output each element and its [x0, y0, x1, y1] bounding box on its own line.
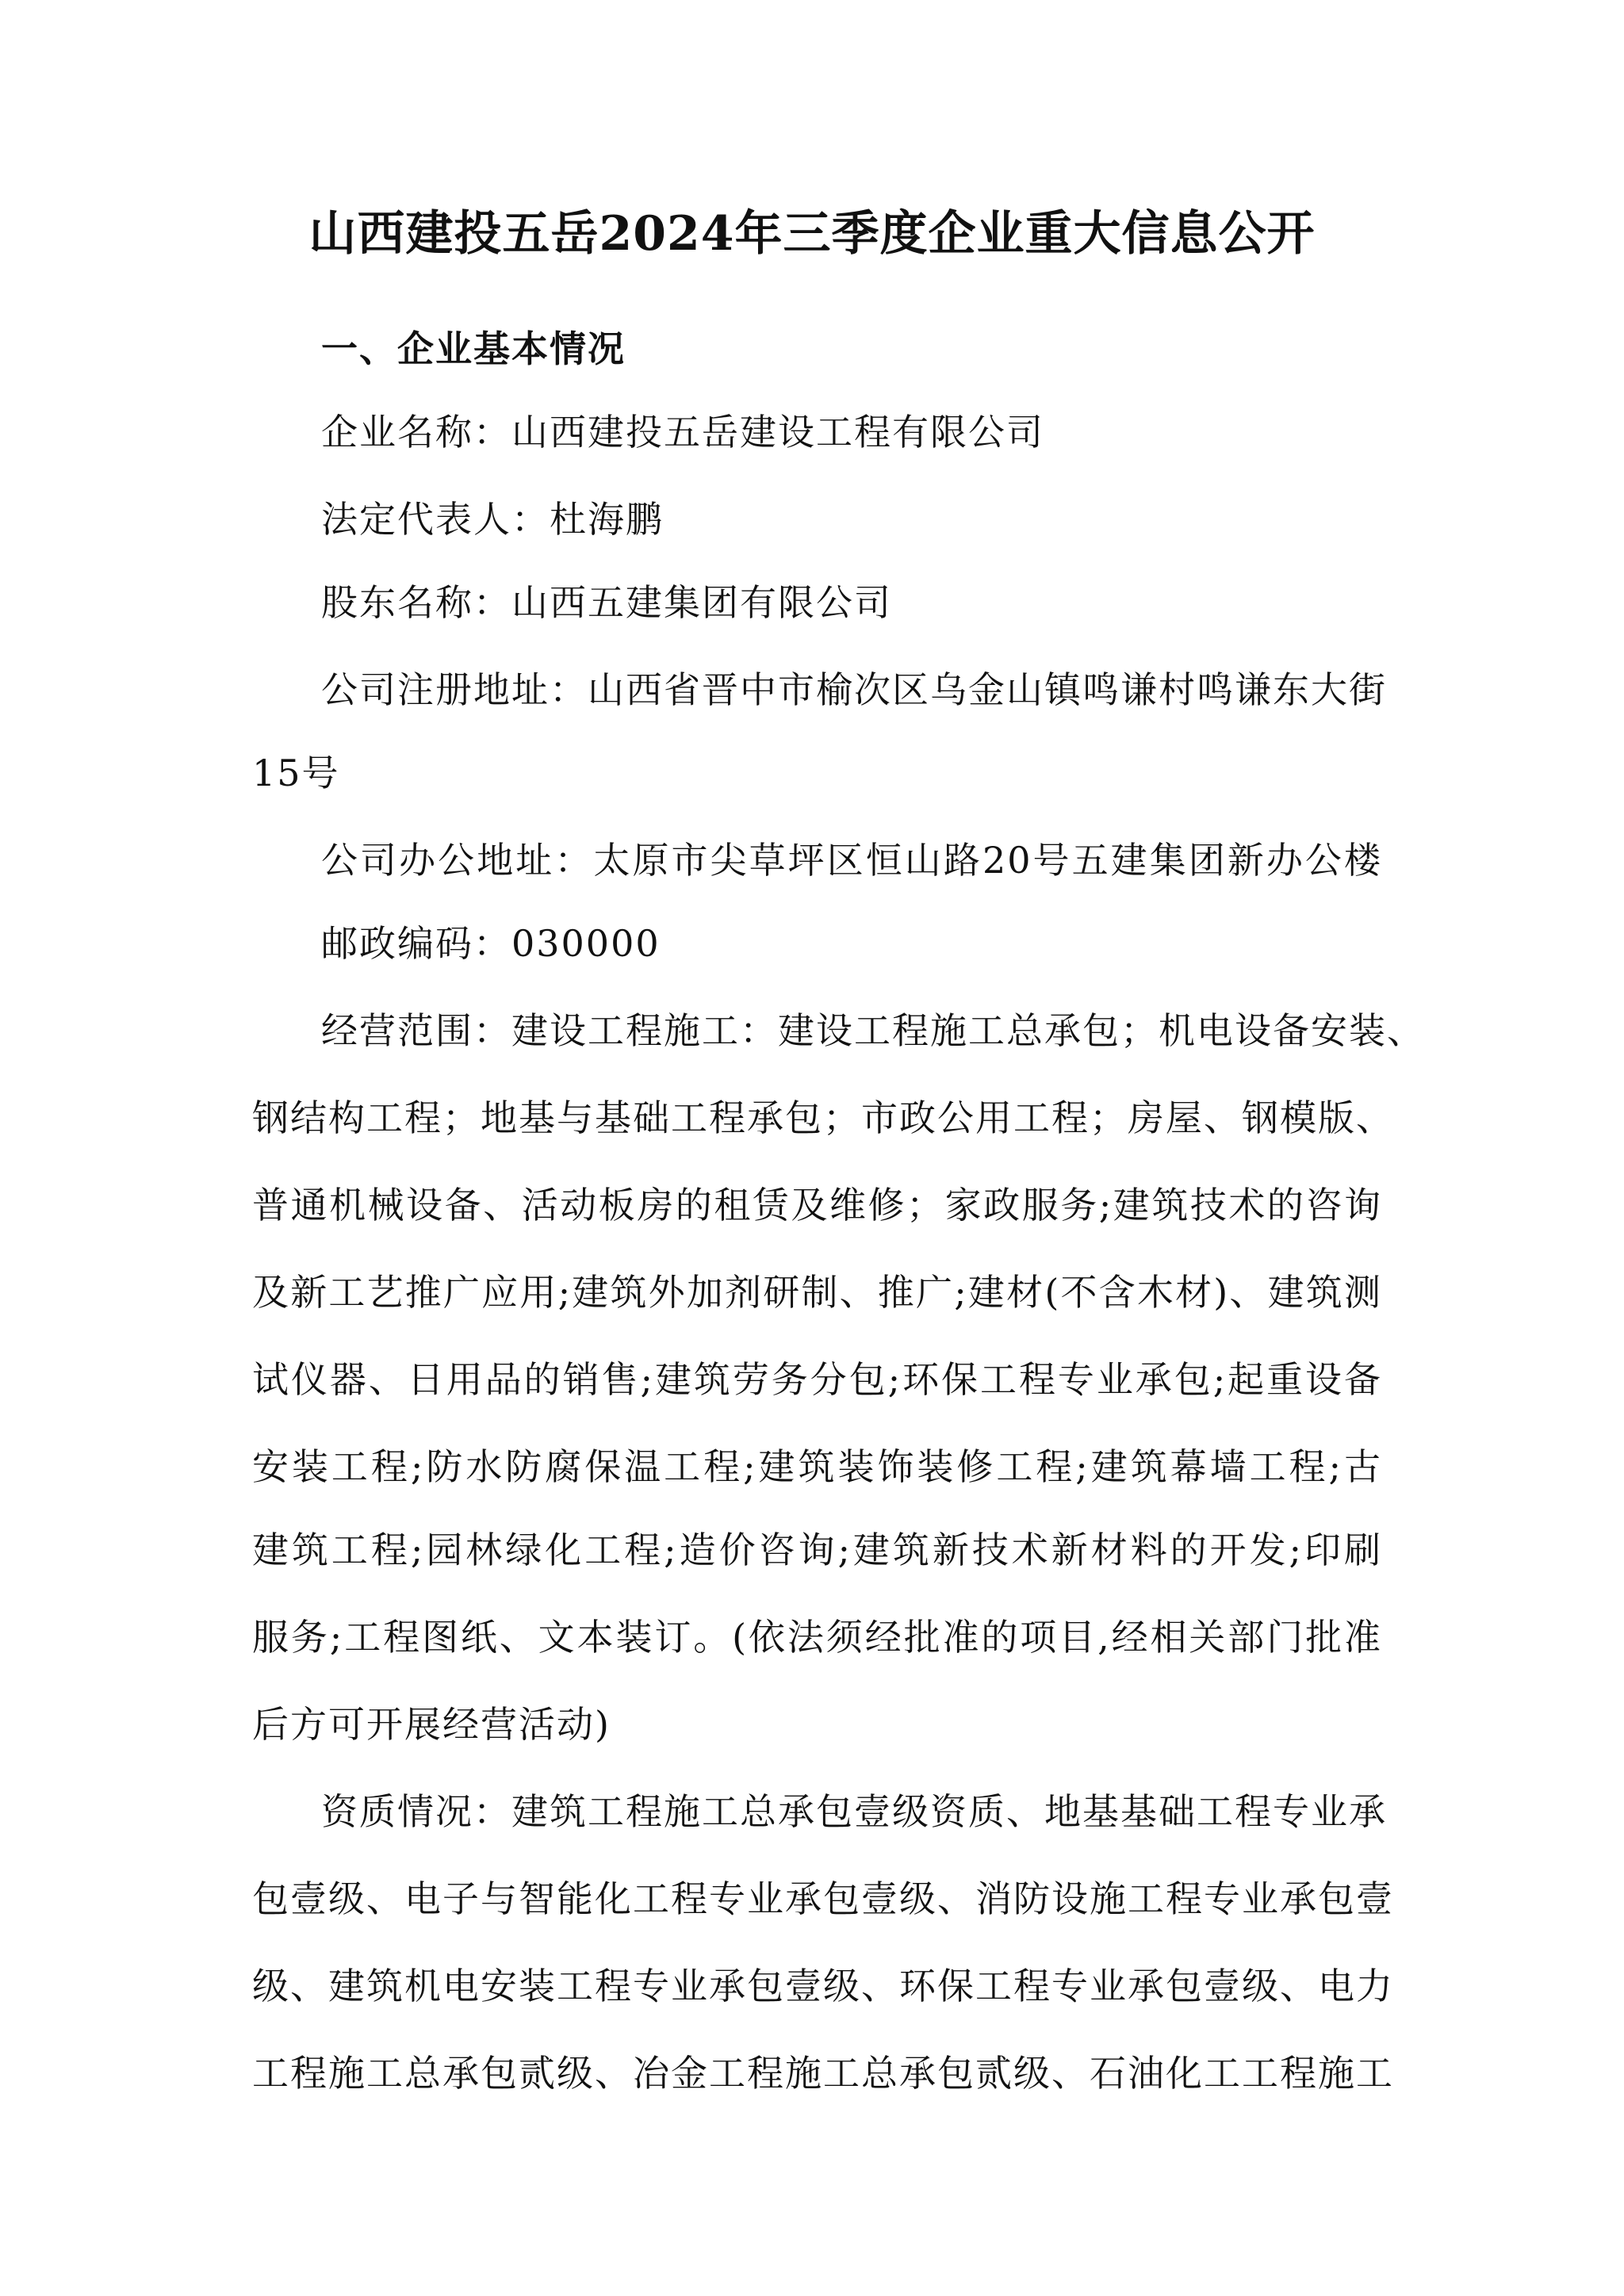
- scope-line: 后方可开展经营活动): [252, 1701, 1382, 1748]
- scope-line: 试仪器、日用品的销售;建筑劳务分包;环保工程专业承包;起重设备: [252, 1356, 1382, 1403]
- document-title: 山西建投五岳2024年三季度企业重大信息公开: [0, 198, 1624, 270]
- scope-line: 普通机械设备、活动板房的租赁及维修；家政服务;建筑技术的咨询: [252, 1181, 1382, 1229]
- scope-line: 钢结构工程；地基与基础工程承包；市政公用工程；房屋、钢模版、: [252, 1094, 1382, 1142]
- scope-line: 安装工程;防水防腐保温工程;建筑装饰装修工程;建筑幕墙工程;古: [252, 1443, 1382, 1490]
- office-address: 公司办公地址：太原市尖草坪区恒山路20号五建集团新办公楼: [321, 836, 1382, 884]
- qualification-line: 级、建筑机电安装工程专业承包壹级、环保工程专业承包壹级、电力: [252, 1962, 1382, 2010]
- postal-code: 邮政编码：030000: [321, 920, 1382, 967]
- registered-address-line-1: 公司注册地址：山西省晋中市榆次区乌金山镇鸣谦村鸣谦东大街: [321, 666, 1382, 714]
- legal-representative: 法定代表人：杜海鹏: [321, 496, 1382, 543]
- company-name: 企业名称：山西建投五岳建设工程有限公司: [321, 408, 1382, 456]
- qualification-line: 资质情况：建筑工程施工总承包壹级资质、地基基础工程专业承: [321, 1788, 1382, 1835]
- registered-address-line-2: 15号: [252, 749, 1382, 797]
- scope-line: 服务;工程图纸、文本装订。(依法须经批准的项目,经相关部门批准: [252, 1613, 1382, 1661]
- scope-line: 建筑工程;园林绿化工程;造价咨询;建筑新技术新材料的开发;印刷: [252, 1526, 1382, 1574]
- scope-line: 及新工艺推广应用;建筑外加剂研制、推广;建材(不含木材)、建筑测: [252, 1269, 1382, 1316]
- scope-line: 经营范围：建设工程施工：建设工程施工总承包；机电设备安装、: [321, 1007, 1382, 1054]
- section-heading: 一、企业基本情况: [321, 325, 1382, 373]
- qualification-line: 包壹级、电子与智能化工程专业承包壹级、消防设施工程专业承包壹: [252, 1875, 1382, 1923]
- qualification-line: 工程施工总承包贰级、冶金工程施工总承包贰级、石油化工工程施工: [252, 2049, 1382, 2097]
- shareholder-name: 股东名称：山西五建集团有限公司: [321, 579, 1382, 626]
